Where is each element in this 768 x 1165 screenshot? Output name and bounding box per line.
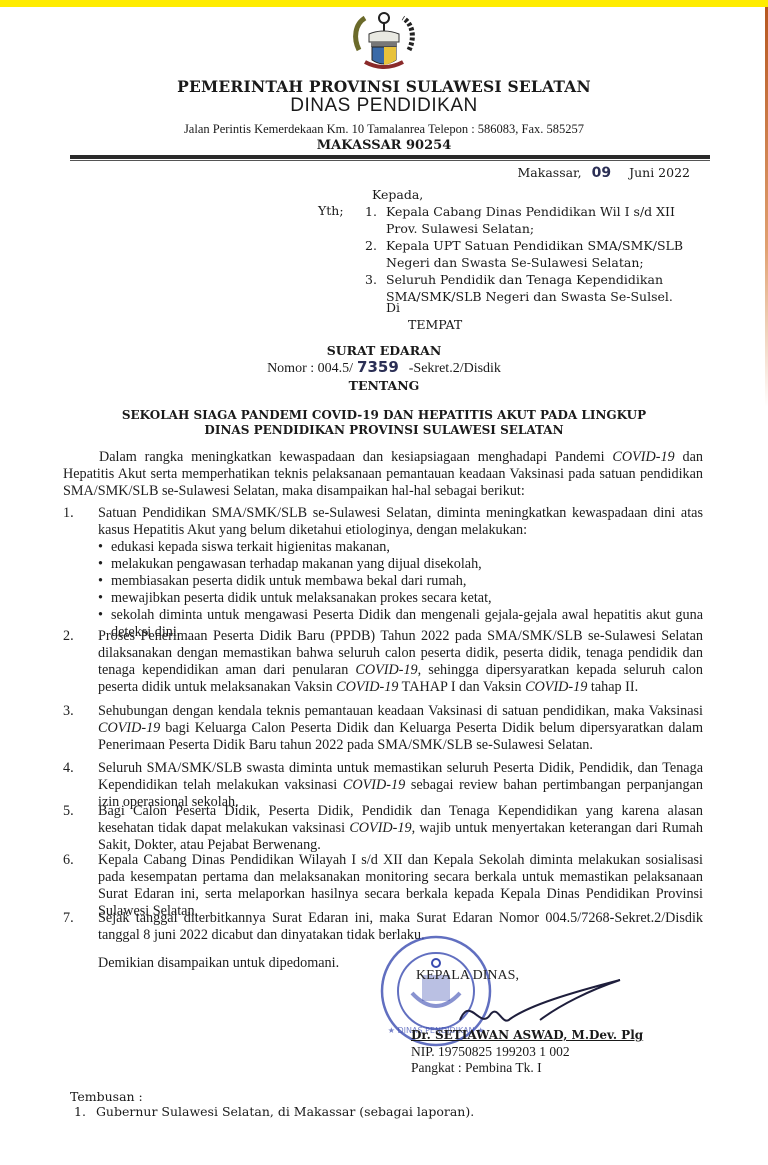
subject-line: SEKOLAH SIAGA PANDEMI COVID-19 DAN HEPAT…: [0, 408, 768, 423]
circular-number: Nomor : 004.5/7359-Sekret.2/Disdik: [0, 358, 768, 377]
date-day-handwritten: 09: [592, 165, 611, 181]
bullet-item: edukasi kepada siswa terkait higienitas …: [98, 539, 703, 556]
cc-text: Gubernur Sulawesi Selatan, di Makassar (…: [96, 1104, 474, 1119]
agency-city: MAKASSAR 90254: [0, 138, 768, 153]
point-number: 4.: [63, 760, 74, 777]
bullet-item: membiasakan peserta didik untuk membawa …: [98, 573, 703, 590]
bullet-item: mewajibkan peserta didik untuk melaksana…: [98, 590, 703, 607]
recipient-text: Seluruh Pendidik dan Tenaga Kependidikan…: [386, 271, 691, 305]
subject-line: DINAS PENDIDIKAN PROVINSI SULAWESI SELAT…: [0, 423, 768, 438]
cc-label: Tembusan :: [70, 1089, 143, 1104]
recipient-number: 3.: [365, 271, 377, 288]
signatory-nip: NIP. 19750825 199203 1 002: [411, 1044, 570, 1060]
date-place: Makassar,: [518, 165, 582, 180]
to-label: Kepada,: [372, 187, 423, 202]
bullet-item: melakukan pengawasan terhadap makanan ya…: [98, 556, 703, 573]
point-text: Proses Penerimaan Peserta Didik Baru (PP…: [98, 628, 703, 696]
cc-number: 1.: [74, 1104, 86, 1119]
about-label: TENTANG: [0, 378, 768, 393]
circular-letter-page: PEMERINTAH PROVINSI SULAWESI SELATAN DIN…: [0, 0, 768, 1165]
letterhead-divider: [70, 155, 710, 159]
closing-sentence: Demikian disampaikan untuk dipedomani.: [98, 955, 339, 972]
di-label: Di: [386, 300, 400, 315]
date-month-year: Juni 2022: [629, 165, 690, 180]
recipient-item: 1. Kepala Cabang Dinas Pendidikan Wil I …: [365, 203, 690, 237]
coat-of-arms-icon: [351, 10, 417, 74]
number-handwritten: 7359: [357, 358, 399, 376]
circular-subject: SEKOLAH SIAGA PANDEMI COVID-19 DAN HEPAT…: [0, 408, 768, 438]
recipient-number: 2.: [365, 237, 377, 254]
place-label: TEMPAT: [408, 317, 462, 332]
letter-date: Makassar, 09 Juni 2022: [0, 165, 690, 181]
government-name: PEMERINTAH PROVINSI SULAWESI SELATAN: [0, 77, 768, 96]
circular-title: SURAT EDARAN: [0, 343, 768, 358]
point-1-bullets: edukasi kepada siswa terkait higienitas …: [98, 539, 703, 641]
point-number: 5.: [63, 803, 74, 820]
handwritten-signature-icon: [450, 975, 630, 1035]
number-prefix: Nomor : 004.5/: [267, 361, 353, 376]
signatory-name: Dr. SETIAWAN ASWAD, M.Dev. Plg: [411, 1028, 643, 1042]
recipient-item: 3. Seluruh Pendidik dan Tenaga Kependidi…: [365, 271, 690, 305]
signatory-rank: Pangkat : Pembina Tk. I: [411, 1060, 542, 1076]
point-text: Sehubungan dengan kendala teknis pemanta…: [98, 703, 703, 754]
point-number: 2.: [63, 628, 74, 645]
intro-paragraph: Dalam rangka meningkatkan kewaspadaan da…: [63, 449, 703, 500]
letterhead-divider-thin: [70, 160, 710, 161]
point-number: 1.: [63, 505, 74, 522]
recipient-number: 1.: [365, 203, 377, 220]
agency-name: DINAS PENDIDIKAN: [0, 95, 768, 117]
agency-address: Jalan Perintis Kemerdekaan Km. 10 Tamala…: [0, 122, 768, 137]
number-suffix: -Sekret.2/Disdik: [409, 361, 501, 376]
point-number: 6.: [63, 852, 74, 869]
recipient-text: Kepala UPT Satuan Pendidikan SMA/SMK/SLB…: [386, 237, 691, 271]
yth-label: Yth;: [318, 203, 344, 218]
recipient-item: 2. Kepala UPT Satuan Pendidikan SMA/SMK/…: [365, 237, 690, 271]
recipient-text: Kepala Cabang Dinas Pendidikan Wil I s/d…: [386, 203, 691, 237]
point-number: 7.: [63, 910, 74, 927]
point-number: 3.: [63, 703, 74, 720]
point-text: Bagi Calon Peserta Didik, Peserta Didik,…: [98, 803, 703, 854]
cc-item: 1.Gubernur Sulawesi Selatan, di Makassar…: [74, 1104, 474, 1119]
point-text: Satuan Pendidikan SMA/SMK/SLB se-Sulawes…: [98, 505, 703, 539]
